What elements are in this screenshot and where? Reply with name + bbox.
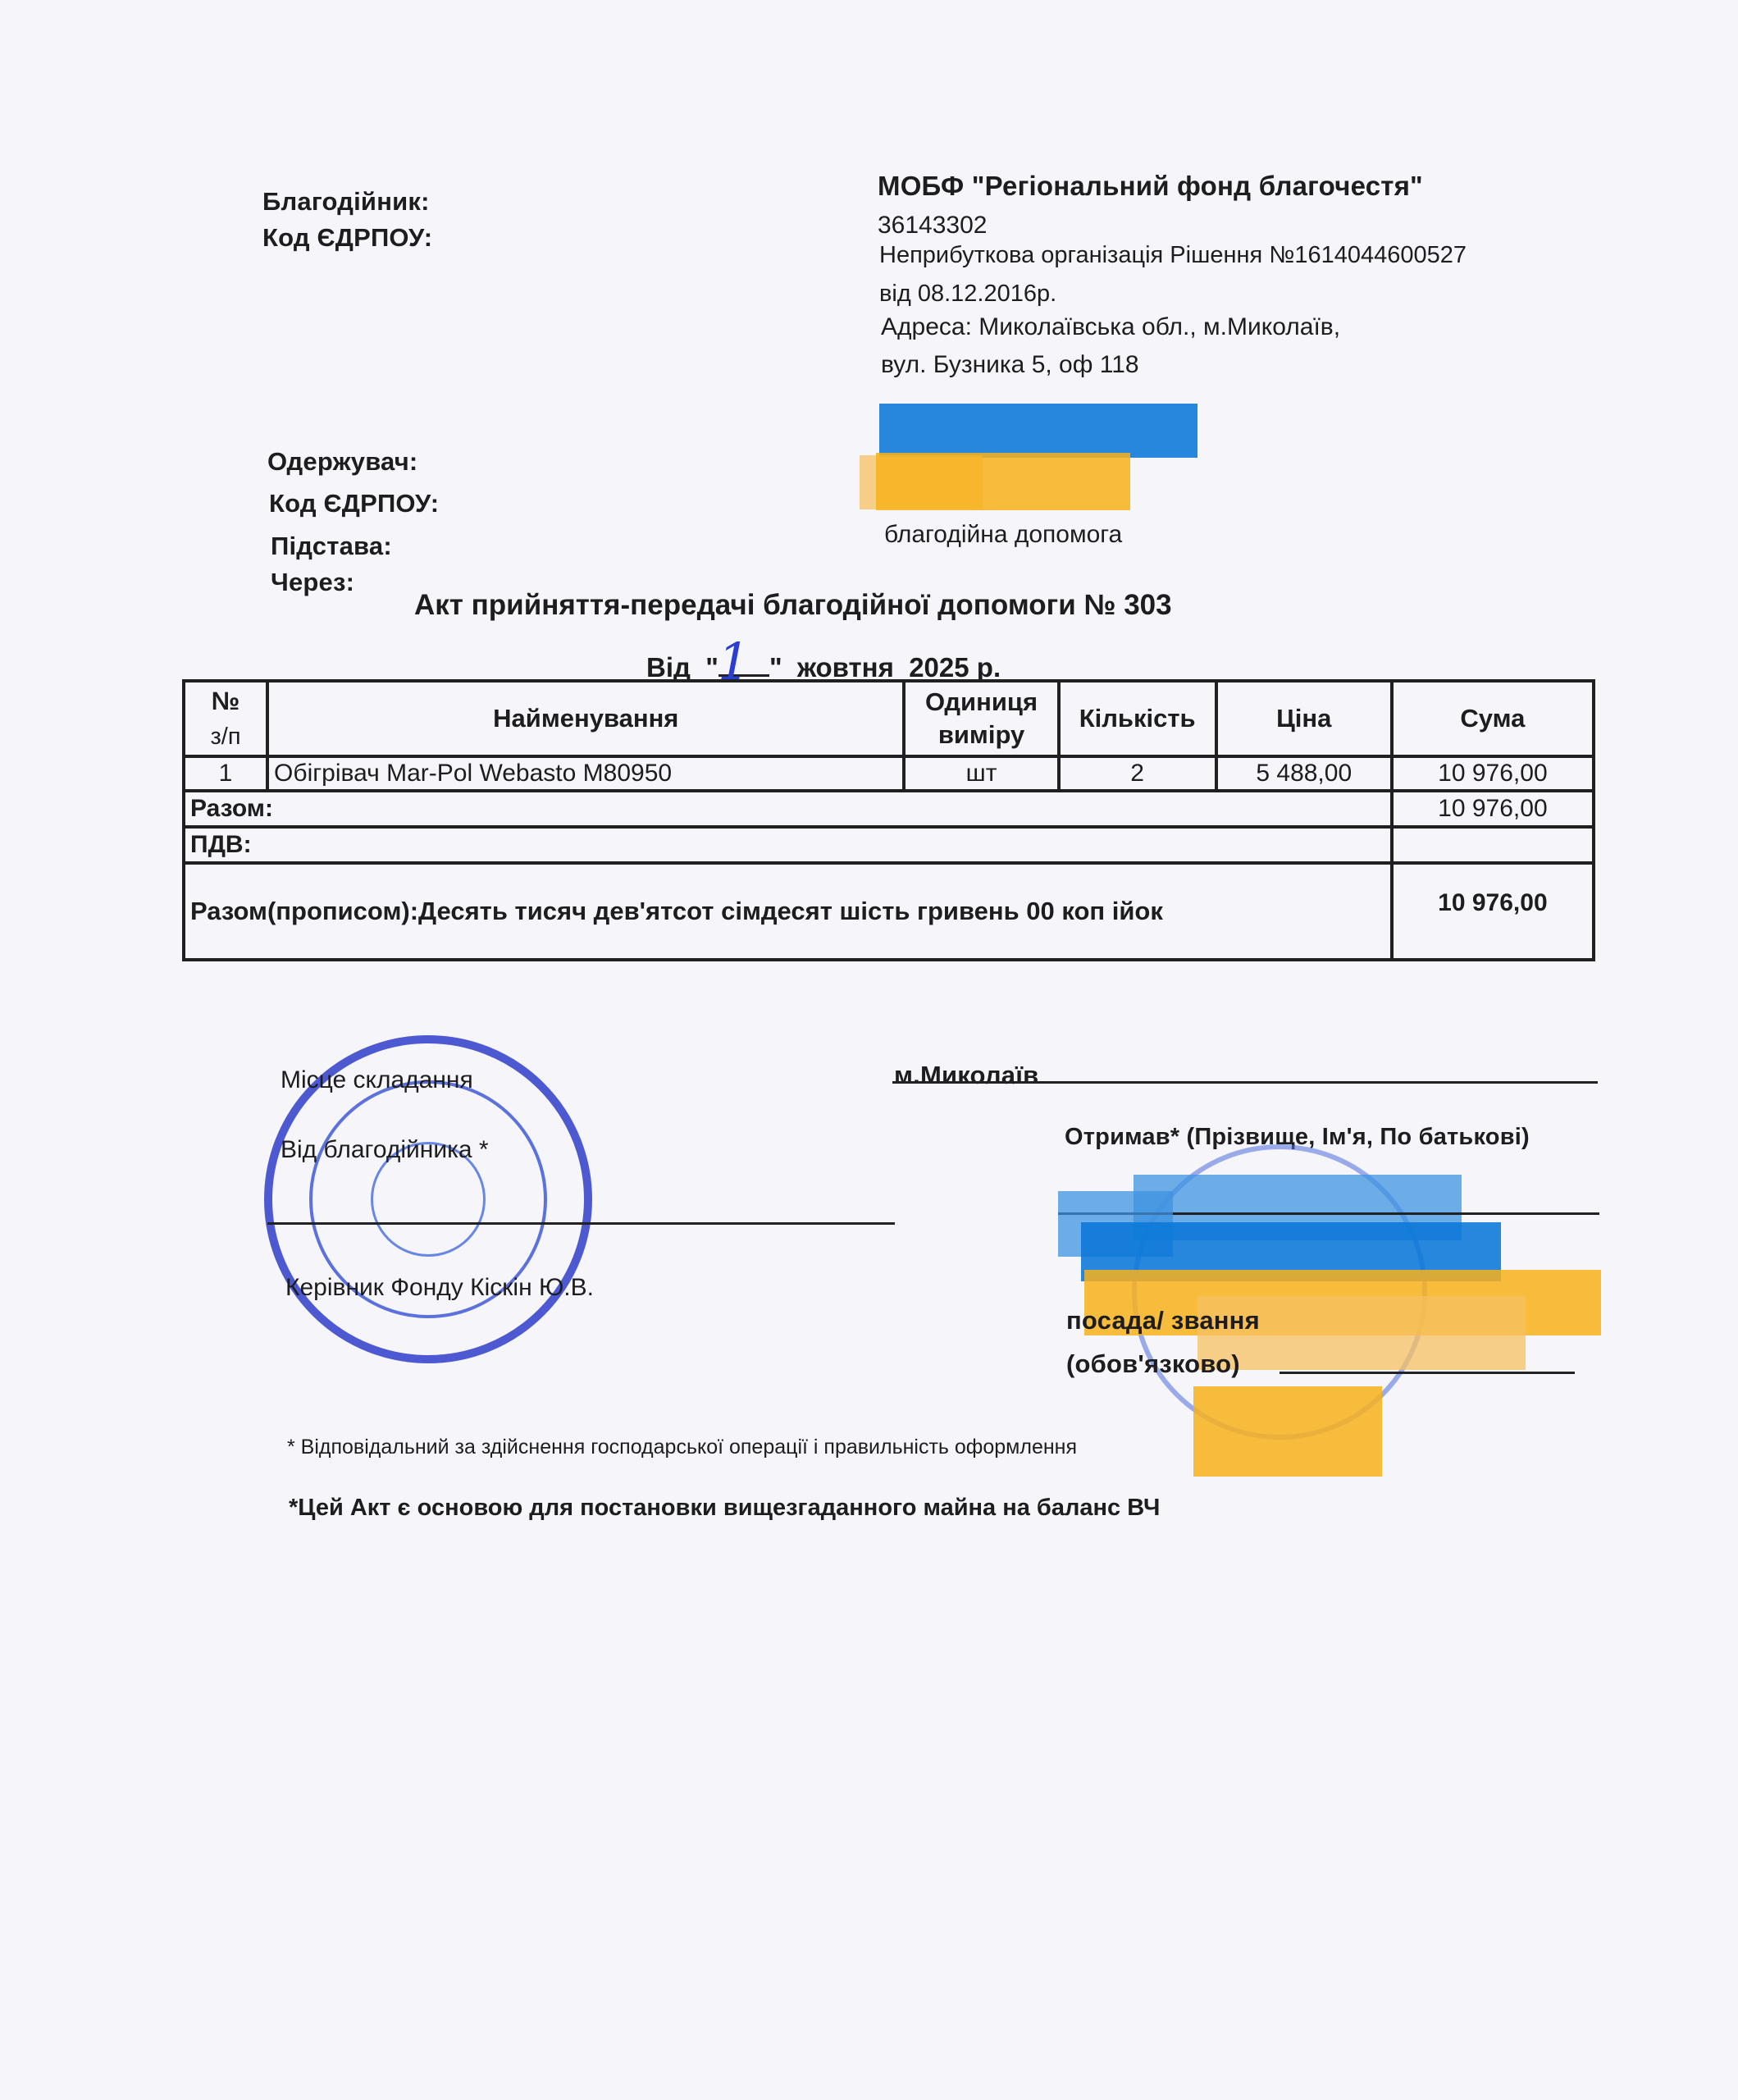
row-unit: шт — [904, 756, 1058, 791]
recipient-via-label: Через: — [271, 568, 354, 597]
row-sum: 10 976,00 — [1392, 756, 1594, 791]
donor-code: 36143302 — [878, 212, 987, 240]
recipient-label: Одержувач: — [267, 447, 417, 477]
row-qty: 2 — [1059, 756, 1216, 791]
donor-status-line: Неприбуткова організація Рішення №161404… — [879, 242, 1467, 269]
recipient-name-redaction — [879, 404, 1197, 458]
table-row: 1 Обігрівач Mar-Pol Webasto M80950 шт 2 … — [184, 756, 1594, 791]
donor-address-line1: Адреса: Миколаївська обл., м.Миколаїв, — [881, 313, 1340, 341]
recipient-code-redaction — [876, 453, 1130, 510]
place-label: Місце складання — [281, 1066, 473, 1094]
date-month: жовтня — [797, 652, 894, 682]
recipient-code-label: Код ЄДРПОУ: — [269, 489, 439, 518]
row-price: 5 488,00 — [1216, 756, 1392, 791]
donor-name: МОБФ "Регіональний фонд благочестя" — [878, 171, 1423, 202]
position-label: посада/ звання — [1066, 1306, 1260, 1335]
date-year: 2025 р. — [909, 652, 1001, 682]
from-donor-label: Від благодійника * — [281, 1136, 489, 1164]
vat-value — [1392, 827, 1594, 863]
header-sum: Сума — [1392, 681, 1594, 756]
row-name: Обігрівач Mar-Pol Webasto M80950 — [267, 756, 904, 791]
total-value: 10 976,00 — [1392, 791, 1594, 827]
act-title: Акт прийняття-передачі благодійної допом… — [414, 589, 1172, 622]
items-table: №з/п Найменування Одиницявиміру Кількіст… — [182, 679, 1595, 961]
header-qty: Кількість — [1059, 681, 1216, 756]
header-name: Найменування — [267, 681, 904, 756]
position-line — [1280, 1372, 1575, 1374]
donor-head: Керівник Фонду Кіскін Ю.В. — [285, 1274, 594, 1302]
donor-signature-line — [267, 1222, 895, 1225]
header-price: Ціна — [1216, 681, 1392, 756]
row-num: 1 — [184, 756, 267, 791]
header-num: №з/п — [184, 681, 267, 756]
position-mandatory: (обов'язково) — [1066, 1349, 1240, 1379]
recipient-stamp-redaction — [1193, 1386, 1382, 1477]
total-words: Разом(прописом):Десять тисяч дев'ятсот с… — [184, 863, 1392, 960]
place-value: м.Миколаїв — [894, 1061, 1038, 1090]
donor-label: Благодійник: — [262, 187, 430, 217]
total-words-value: 10 976,00 — [1392, 863, 1594, 960]
place-line — [892, 1081, 1598, 1084]
total-label: Разом: — [184, 791, 1392, 827]
donor-code-label: Код ЄДРПОУ: — [262, 223, 432, 253]
header-unit: Одиницявиміру — [904, 681, 1058, 756]
date-prefix: Від — [646, 652, 691, 682]
recipient-basis-label: Підстава: — [271, 532, 392, 561]
footnote-responsible: * Відповідальний за здійснення господарс… — [287, 1436, 1077, 1459]
donor-status-date: від 08.12.2016р. — [879, 281, 1056, 308]
footnote-basis: *Цей Акт є основою для постановки вищезг… — [289, 1495, 1160, 1522]
donor-address-line2: вул. Бузника 5, оф 118 — [881, 351, 1139, 379]
vat-label: ПДВ: — [184, 827, 1392, 863]
recipient-basis: благодійна допомога — [884, 521, 1122, 549]
